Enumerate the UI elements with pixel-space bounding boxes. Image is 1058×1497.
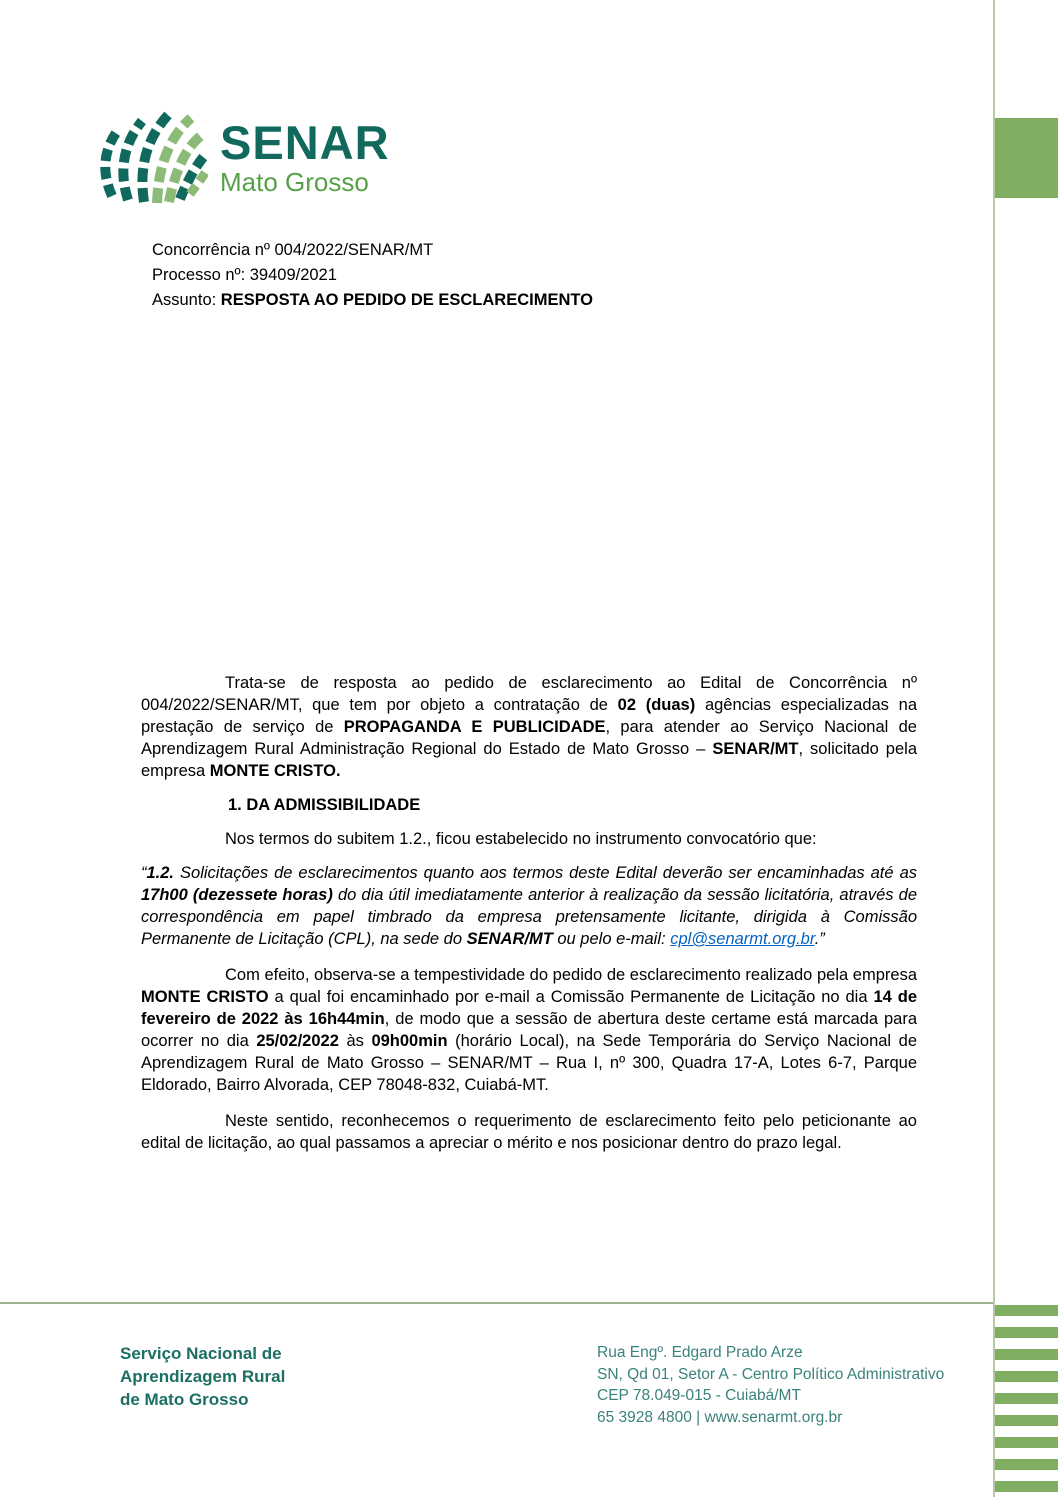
email-link[interactable]: cpl@senarmt.org.br [670,930,815,948]
process-number-line: Processo nº: 39409/2021 [152,263,593,288]
paragraph-intro: Trata-se de resposta ao pedido de esclar… [141,672,917,782]
section-heading-admissibilidade: 1. DA ADMISSIBILIDADE [228,794,917,816]
paragraph-com-efeito: Com efeito, observa-se a tempestividade … [141,964,917,1096]
footer-divider-line [0,1302,993,1304]
right-rail-green-square [995,118,1058,198]
reference-number-line: Concorrência nº 004/2022/SENAR/MT [152,238,593,263]
footer-address-line: 65 3928 4800 | www.senarmt.org.br [597,1407,944,1429]
paragraph-quote-1-2: “1.2. Solicitações de esclarecimentos qu… [141,862,917,950]
paragraph-nos-termos: Nos termos do subitem 1.2., ficou estabe… [141,828,917,850]
document-body: Trata-se de resposta ao pedido de esclar… [141,672,917,1154]
footer-org-line: Aprendizagem Rural [120,1365,285,1388]
logo-brand-name: SENAR [220,121,390,165]
document-page: SENAR Mato Grosso Concorrência nº 004/20… [0,0,1058,1497]
footer-org-line: Serviço Nacional de [120,1342,285,1365]
right-rail-line [993,0,995,1497]
footer-address-line: CEP 78.049-015 - Cuiabá/MT [597,1385,944,1407]
subject-line: Assunto: RESPOSTA AO PEDIDO DE ESCLARECI… [152,288,593,313]
footer-address: Rua Engº. Edgard Prado Arze SN, Qd 01, S… [597,1342,944,1428]
document-header: Concorrência nº 004/2022/SENAR/MT Proces… [152,238,593,313]
logo-text: SENAR Mato Grosso [220,121,390,197]
paragraph-neste-sentido: Neste sentido, reconhecemos o requerimen… [141,1110,917,1154]
logo-region-name: Mato Grosso [220,167,390,197]
senar-logo: SENAR Mato Grosso [96,108,390,209]
footer-address-line: SN, Qd 01, Setor A - Centro Político Adm… [597,1364,944,1386]
footer-organization: Serviço Nacional de Aprendizagem Rural d… [120,1342,285,1411]
footer-address-line: Rua Engº. Edgard Prado Arze [597,1342,944,1364]
right-rail-bottom-stripes [995,1305,1058,1497]
wheat-sheaf-icon [96,108,208,209]
footer-org-line: de Mato Grosso [120,1388,285,1411]
